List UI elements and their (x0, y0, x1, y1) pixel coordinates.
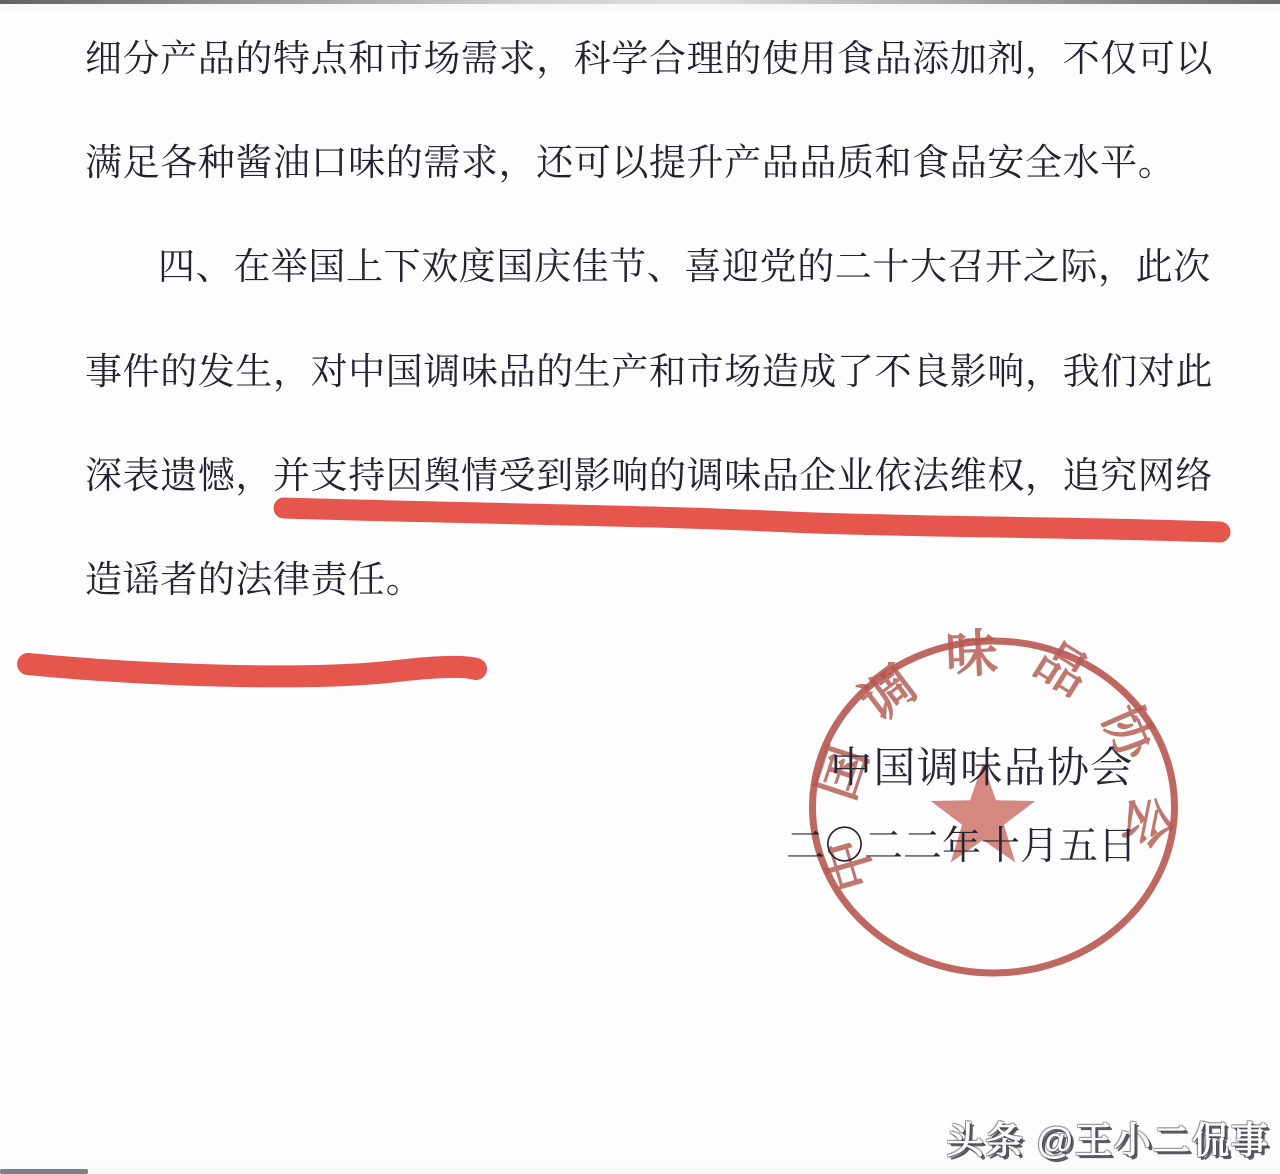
paragraph-line: 深表遗憾，并支持因舆情受到影响的调味品企业依法维权，追究网络 (85, 453, 1213, 501)
seal-ring (813, 641, 1175, 973)
paragraph-line: 造谣者的法律责任。 (85, 557, 423, 605)
red-underline-stroke (284, 508, 1220, 532)
document-page: 细分产品的特点和市场需求，科学合理的使用食品添加剂，不仅可以 满足各种酱油口味的… (0, 0, 1280, 1174)
scan-edge-top (0, 0, 1280, 4)
paragraph-line: 细分产品的特点和市场需求，科学合理的使用食品添加剂，不仅可以 (85, 36, 1213, 84)
scan-speck (0, 1169, 88, 1174)
signature-organization: 中国调味品协会 (830, 735, 1134, 795)
paragraph-line: 事件的发生，对中国调味品的生产和市场造成了不良影响，我们对此 (85, 349, 1213, 397)
paragraph-line: 四、在举国上下欢度国庆佳节、喜迎党的二十大召开之际，此次 (85, 244, 1211, 292)
paragraph-line: 满足各种酱油口味的需求，还可以提升产品品质和食品安全水平。 (85, 140, 1175, 188)
signature-date: 二〇二二年十月五日 (786, 815, 1137, 871)
toutiao-watermark: 头条 @王小二侃事 (947, 1110, 1270, 1164)
red-marker-stroke (28, 664, 476, 676)
association-seal: 中国调味品协会 (795, 628, 1201, 988)
